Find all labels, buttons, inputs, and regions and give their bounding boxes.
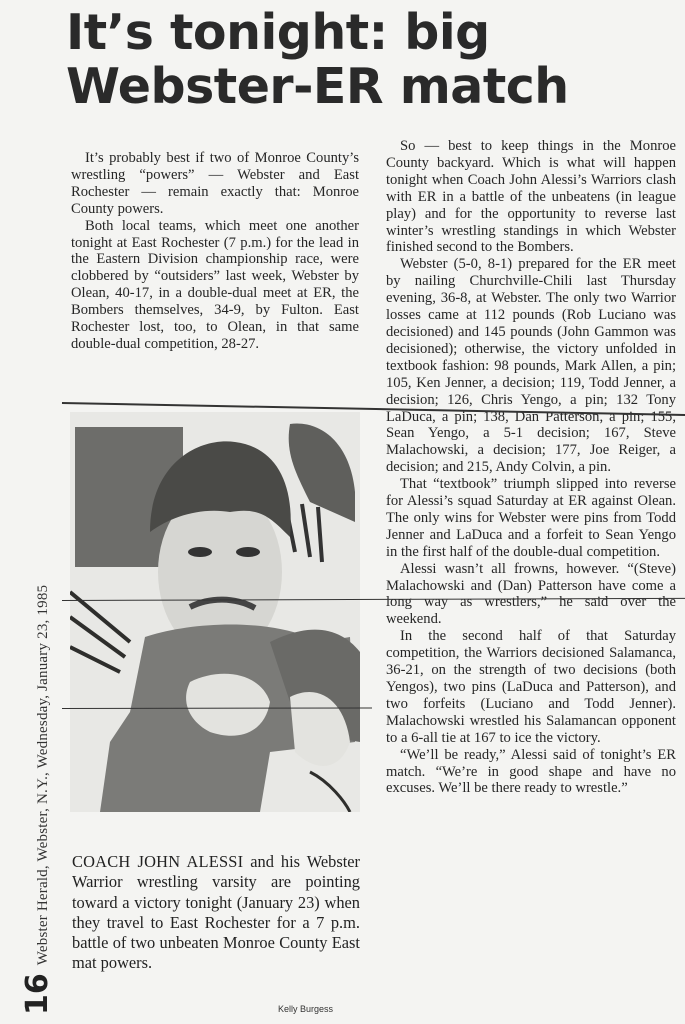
photo-image (70, 412, 360, 812)
paragraph: Webster (5-0, 8-1) prepared for the ER m… (386, 256, 676, 476)
photo-caption: Coach John Alessi and his Webster Warrio… (72, 852, 360, 974)
headline-line-2: Webster-ER match (66, 60, 666, 114)
paragraph: “We’ll be ready,” Alessi said of tonight… (386, 747, 676, 798)
paragraph: So — best to keep things in the Monroe C… (386, 138, 676, 256)
caption-lead: Coach John Alessi (72, 852, 243, 871)
publication-line: Webster Herald, Webster, N.Y., Wednesday… (35, 585, 52, 965)
paragraph: It’s probably best if two of Monroe Coun… (71, 150, 359, 218)
page-folio: 16 Webster Herald, Webster, N.Y., Wednes… (0, 370, 40, 1024)
article-column-left: It’s probably best if two of Monroe Coun… (71, 150, 359, 353)
headline: It’s tonight: big Webster-ER match (66, 6, 666, 114)
article-column-right: So — best to keep things in the Monroe C… (386, 138, 676, 797)
page-number: 16 (20, 973, 55, 1015)
headline-line-1: It’s tonight: big (66, 6, 666, 60)
photo-credit: Kelly Burgess (278, 1004, 333, 1014)
paragraph: Alessi wasn’t all frowns, however. “(Ste… (386, 561, 676, 629)
wrestler-photo (70, 412, 360, 812)
paragraph: In the second half of that Saturday comp… (386, 628, 676, 746)
paragraph: That “textbook” triumph slipped into rev… (386, 476, 676, 561)
paragraph: Both local teams, which meet one another… (71, 218, 359, 353)
